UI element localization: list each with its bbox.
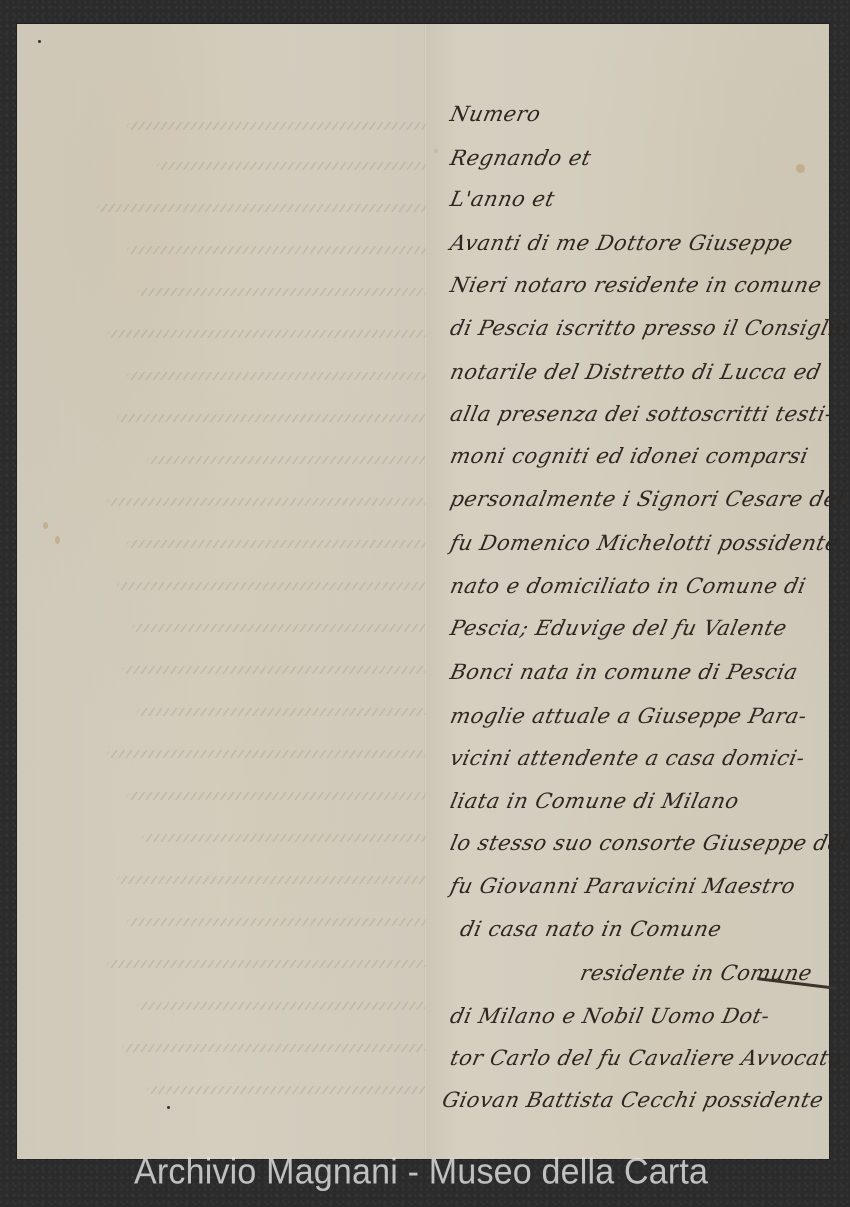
text-line: moglie attuale a Giuseppe Para- xyxy=(448,704,809,728)
archive-watermark: Archivio Magnani - Museo della Carta xyxy=(134,1152,708,1193)
foxing-stain xyxy=(43,522,48,529)
text-line: Nieri notaro residente in comune xyxy=(448,273,824,297)
text-line: lo stesso suo consorte Giuseppe del xyxy=(448,831,850,855)
text-line: nato e domiciliato in Comune di xyxy=(448,574,808,598)
text-line: vicini attendente a casa domici- xyxy=(448,746,807,770)
text-line: moni cogniti ed idonei comparsi xyxy=(448,444,811,468)
text-line: di casa nato in Comune xyxy=(458,917,724,941)
text-line: Avanti di me Dottore Giuseppe xyxy=(448,231,795,255)
foxing-stain xyxy=(55,536,60,544)
text-line: fu Domenico Michelotti possidente xyxy=(448,531,841,555)
text-line: fu Giovanni Paravicini Maestro xyxy=(448,874,798,898)
text-line: notarile del Distretto di Lucca ed xyxy=(448,360,823,384)
ink-speck xyxy=(167,1106,170,1109)
text-line: Regnando et xyxy=(448,146,593,170)
text-line: Numero xyxy=(448,102,543,126)
text-line: di Pescia iscritto presso il Consiglio xyxy=(448,316,850,340)
bleed-through-text xyxy=(57,24,427,1159)
document-sheet: Numero Regnando et L'anno et Avanti di m… xyxy=(17,24,829,1159)
right-page: Numero Regnando et L'anno et Avanti di m… xyxy=(426,24,829,1159)
text-line: personalmente i Signori Cesare del xyxy=(448,487,847,511)
text-line: alla presenza dei sottoscritti testi- xyxy=(448,402,835,426)
text-line: Giovan Battista Cecchi possidente xyxy=(440,1088,826,1112)
text-line: Bonci nata in comune di Pescia xyxy=(448,660,800,684)
left-page xyxy=(17,24,426,1159)
ink-speck xyxy=(38,40,41,43)
text-line: tor Carlo del fu Cavaliere Avvocato xyxy=(448,1046,844,1070)
text-line: Pescia; Eduvige del fu Valente xyxy=(448,616,789,640)
text-line: liata in Comune di Milano xyxy=(448,789,741,813)
handwritten-text: Numero Regnando et L'anno et Avanti di m… xyxy=(426,24,829,1159)
text-line: L'anno et xyxy=(448,187,557,211)
text-line: di Milano e Nobil Uomo Dot- xyxy=(448,1004,772,1028)
